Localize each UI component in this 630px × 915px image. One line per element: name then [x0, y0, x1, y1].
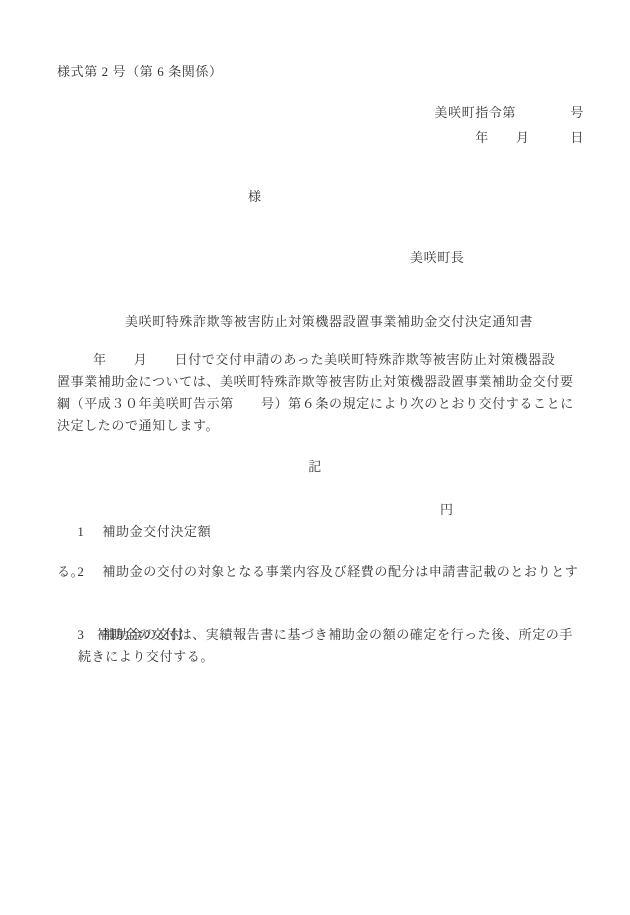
item-2-line-1: 2補助金の交付の対象となる事業内容及び経費の配分は申請書記載のとおりとす [62, 539, 578, 605]
addressee-honorific: 様 [248, 186, 262, 208]
body-line-4: 決定したので通知します。 [57, 415, 587, 437]
document-title: 美咲町特殊詐欺等被害防止対策機器設置事業補助金交付決定通知書 [125, 311, 533, 333]
body-line-2: 置事業補助金については、美咲町特殊詐欺等被害防止対策機器設置事業補助金交付要 [57, 371, 587, 393]
form-number: 様式第 2 号（第 6 条関係） [57, 61, 223, 83]
body-line-1: 年 月 日付で交付申請のあった美咲町特殊詐欺等被害防止対策機器設 [57, 349, 587, 371]
directive-number-line: 美咲町指令第 号 [434, 102, 584, 124]
sender-title: 美咲町長 [410, 247, 464, 269]
item-2-line-2: る。 [57, 561, 84, 583]
item-2-text: 補助金の交付の対象となる事業内容及び経費の配分は申請書記載のとおりとす [102, 564, 578, 579]
record-marker: 記 [0, 456, 630, 478]
item-1-amount-unit: 円 [440, 499, 454, 521]
item-3-text-line-2: 続きにより交付する。 [78, 646, 214, 668]
body-line-3: 綱（平成３０年美咲町告示第 号）第６条の規定により次のとおり交付することに [57, 393, 587, 415]
body-paragraph: 年 月 日付で交付申請のあった美咲町特殊詐欺等被害防止対策機器設 置事業補助金に… [57, 349, 587, 437]
item-3-text-line-1: 補助金の交付は、実績報告書に基づき補助金の額の確定を行った後、所定の手 [97, 624, 573, 646]
document-page: 様式第 2 号（第 6 条関係） 美咲町指令第 号 年 月 日 様 美咲町長 美… [0, 0, 630, 915]
item-1-label: 補助金交付決定額 [102, 524, 211, 539]
date-line: 年 月 日 [475, 127, 584, 149]
